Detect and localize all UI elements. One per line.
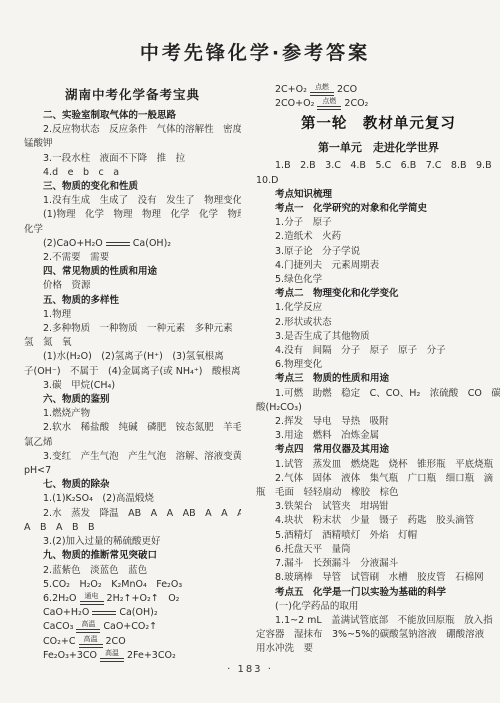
answer-line: 2CO+O₂点燃2CO₂ <box>256 97 500 111</box>
answer-line: 锰酸钾 <box>24 137 241 151</box>
section-heading: 七、物质的除杂 <box>24 478 241 492</box>
answer-line: (1)水(H₂O) (2)氢离子(H⁺) (3)氢氧根离 <box>24 350 241 364</box>
answer-line: 3.用途 燃料 冶炼金属 <box>256 429 500 443</box>
answer-line: 瓶 毛面 轻轻扇动 橡胶 棕色 <box>256 486 500 500</box>
answer-line: 价格 资源 <box>24 279 241 293</box>
answer-line: 4.d e b c a <box>24 166 241 180</box>
reaction-condition-equals: 通电 <box>80 592 104 605</box>
answer-line: 1.(1)K₂SO₄ (2)高温煅烧 <box>24 492 241 506</box>
answer-line: 1.燃烧产物 <box>24 407 241 421</box>
section-heading: 六、物质的鉴别 <box>24 393 241 407</box>
page-title: 中考先锋化学·参考答案 <box>10 38 500 65</box>
reaction-condition-equals: 高温 <box>100 649 124 662</box>
answer-line: 6.托盘天平 量筒 <box>256 543 500 557</box>
reaction-condition-equals: 高温 <box>76 620 100 633</box>
answer-line: 10.D <box>256 174 500 188</box>
answer-line: 3.原子论 分子学说 <box>256 245 500 259</box>
answer-line: CaO+H₂OCa(OH)₂ <box>24 606 241 620</box>
answer-line: (一)化学药品的取用 <box>256 600 500 614</box>
answer-line: 3.(2)加入过量的稀硫酸更好 <box>24 535 241 549</box>
answer-line: 6.物理变化 <box>256 358 500 372</box>
left-column-lines: 二、实验室制取气体的一般思路2.反应物状态 反应条件 气体的溶解性 密度 高锰酸… <box>24 109 241 663</box>
section-heading: 五、物质的多样性 <box>24 294 241 308</box>
answer-line: 1.化学反应 <box>256 301 500 315</box>
answer-line: 2.不需要 需要 <box>24 251 241 265</box>
answer-line: 2.多种物质 一种物质 一种元素 多种元素 两 <box>24 322 241 336</box>
answer-line: 3.是否生成了其他物质 <box>256 330 500 344</box>
answer-line: 2.反应物状态 反应条件 气体的溶解性 密度 高 <box>24 123 241 137</box>
answer-line: 5.酒精灯 酒精喷灯 外焰 灯帽 <box>256 529 500 543</box>
section-heading: 考点二 物理变化和化学变化 <box>256 287 500 301</box>
right-column-lines: 2C+O₂点燃2CO2CO+O₂点燃2CO₂第一轮 教材单元复习第一单元 走进化… <box>256 83 500 657</box>
unit-title: 第一单元 走进化学世界 <box>256 137 500 159</box>
answer-line: 氢 氮 氧 <box>24 336 241 350</box>
answer-line: pH<7 <box>24 464 241 478</box>
right-column: 2C+O₂点燃2CO2CO+O₂点燃2CO₂第一轮 教材单元复习第一单元 走进化… <box>247 83 500 663</box>
answer-line: 1.物理 <box>24 308 241 322</box>
section-heading: 考点三 物质的性质和用途 <box>256 372 500 386</box>
reaction-condition-equals: 点燃 <box>310 83 334 96</box>
answer-line: 3.变红 产生气泡 产生气泡 溶解、溶液变黄 <box>24 450 241 464</box>
answer-line: 3.铁架台 试管夹 坩埚钳 <box>256 500 500 514</box>
answer-line: 2.水 蒸发 降温 AB A A AB A A A <box>24 507 241 521</box>
section-heading: 考点五 化学是一门以实验为基础的科学 <box>256 586 500 600</box>
answer-line: 2.气体 固体 液体 集气瓶 广口瓶 细口瓶 滴 <box>256 472 500 486</box>
answer-line: 2.造纸术 火药 <box>256 230 500 244</box>
section-heading: 九、物质的推断常见突破口 <box>24 549 241 563</box>
answer-line: 2.挥发 导电 导热 吸附 <box>256 415 500 429</box>
two-column-layout: 湖南中考化学备考宝典 二、实验室制取气体的一般思路2.反应物状态 反应条件 气体… <box>0 83 500 663</box>
answer-line: 2.形状或状态 <box>256 316 500 330</box>
answer-line: 3.碳 甲烷(CH₄) <box>24 379 241 393</box>
answer-line: 1.B 2.B 3.C 4.B 5.C 6.B 7.C 8.B 9.B <box>256 159 500 173</box>
answer-line: 用水冲洗 要 <box>256 642 500 656</box>
answer-line: 1.1~2 mL 盖满试管底部 不能放回原瓶 放入指 <box>256 614 500 628</box>
answer-line: A B A B B <box>24 521 241 535</box>
answer-line: CaCO₃高温CaO+CO₂↑ <box>24 620 241 634</box>
reaction-condition-equals: 点燃 <box>317 97 341 110</box>
answer-line: (2)CaO+H₂OCa(OH)₂ <box>24 237 241 251</box>
answer-line: 氯乙烯 <box>24 436 241 450</box>
answer-line: (1)物理 化学 物理 物理 化学 化学 物理 <box>24 208 241 222</box>
answer-line: 化学 <box>24 223 241 237</box>
left-column: 湖南中考化学备考宝典 二、实验室制取气体的一般思路2.反应物状态 反应条件 气体… <box>24 83 247 663</box>
answer-line: 4.块状 粉末状 少量 镊子 药匙 胶头滴管 <box>256 514 500 528</box>
section-heading: 考点一 化学研究的对象和化学简史 <box>256 202 500 216</box>
reaction-condition-equals: 高温 <box>79 635 103 648</box>
answer-line: 1.试管 蒸发皿 燃烧匙 烧杯 锥形瓶 平底烧瓶 <box>256 458 500 472</box>
answer-line: 7.漏斗 长颈漏斗 分液漏斗 <box>256 557 500 571</box>
round-title: 第一轮 教材单元复习 <box>256 111 500 137</box>
answer-line: 子(OH⁻) 不属于 (4)金属离子(或 NH₄⁺) 酸根离子 <box>24 365 241 379</box>
answer-line: CO₂+C高温2CO <box>24 635 241 649</box>
answer-line: 1.分子 原子 <box>256 216 500 230</box>
answer-line: 8.玻璃棒 导管 试管刷 水槽 胶皮管 石棉网 <box>256 571 500 585</box>
answer-line: Fe₂O₃+3CO高温2Fe+3CO₂ <box>24 649 241 663</box>
reaction-condition-equals <box>92 610 116 615</box>
section-heading: 考点四 常用仪器及其用途 <box>256 443 500 457</box>
answer-line: 2.蓝紫色 淡蓝色 蓝色 <box>24 564 241 578</box>
scanned-book-page: 中考先锋化学·参考答案 湖南中考化学备考宝典 二、实验室制取气体的一般思路2.反… <box>0 0 500 663</box>
answer-line: 5.CO₂ H₂O₂ K₂MnO₄ Fe₂O₃ <box>24 578 241 592</box>
answer-line: 6.2H₂O通电2H₂↑+O₂↑ O₂ <box>24 592 241 606</box>
answer-line: 1.可燃 助燃 稳定 C、CO、H₂ 浓硫酸 CO 碳 <box>256 387 500 401</box>
page-number: · 183 · <box>0 664 500 675</box>
section-heading: 三、物质的变化和性质 <box>24 180 241 194</box>
answer-line: 3.一段水柱 液面不下降 推 拉 <box>24 152 241 166</box>
reaction-condition-equals <box>106 241 130 246</box>
left-column-header: 湖南中考化学备考宝典 <box>24 85 241 103</box>
answer-line: 5.绿色化学 <box>256 273 500 287</box>
answer-line: 酸(H₂CO₃) <box>256 401 500 415</box>
section-heading: 二、实验室制取气体的一般思路 <box>24 109 241 123</box>
answer-line: 2.软水 稀盐酸 纯碱 磷肥 铵态氮肥 羊毛 聚 <box>24 421 241 435</box>
answer-line: 2C+O₂点燃2CO <box>256 83 500 97</box>
section-heading: 四、常见物质的性质和用途 <box>24 265 241 279</box>
answer-line: 1.没有生成 生成了 没有 发生了 物理变化 <box>24 194 241 208</box>
answer-line: 定容器 湿抹布 3%~5%的碳酸氢钠溶液 硼酸溶液 <box>256 628 500 642</box>
answer-line: 4.没有 间隔 分子 原子 原子 分子 <box>256 344 500 358</box>
section-heading: 考点知识梳理 <box>256 188 500 202</box>
answer-line: 4.门捷列夫 元素周期表 <box>256 259 500 273</box>
